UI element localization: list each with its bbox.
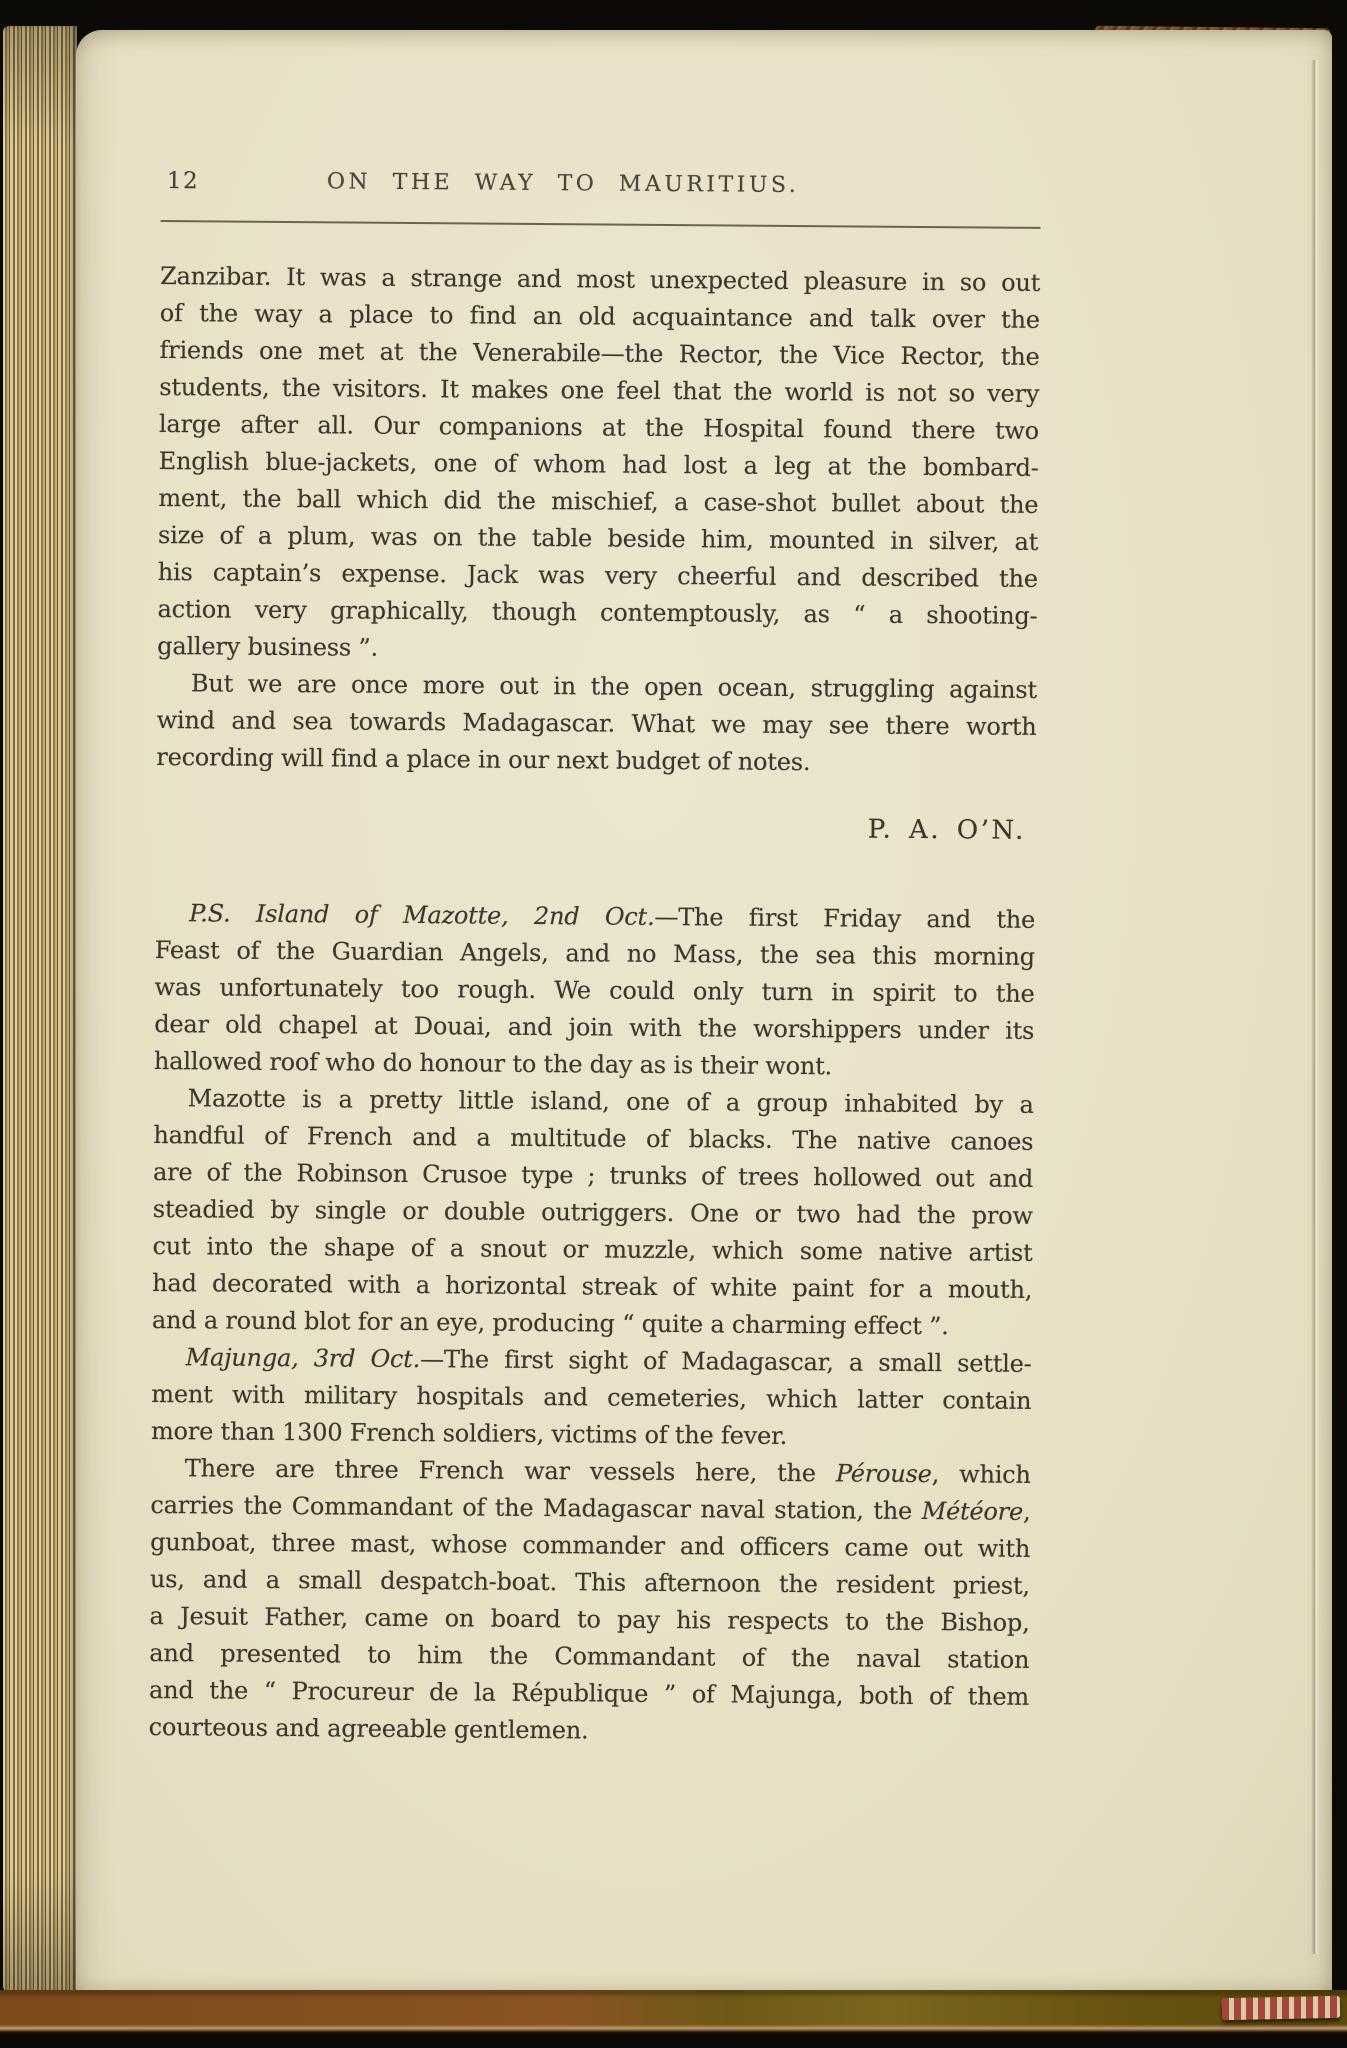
text-segment: and presented to him the Commandant of t… bbox=[149, 1639, 1029, 1674]
cover-bottom-edge bbox=[0, 1990, 1347, 2038]
backdrop-bottom bbox=[0, 2034, 1347, 2048]
italic-text: Météore bbox=[922, 1497, 1024, 1526]
text-segment: Mazotte is a pretty little island, one o… bbox=[188, 1084, 1034, 1119]
text-segment: , which bbox=[932, 1460, 1031, 1489]
text-segment: are of the Robinson Crusoe type ; trunks… bbox=[153, 1158, 1033, 1193]
text-segment: P. A. O’N. bbox=[868, 815, 1026, 846]
text-segment: gallery business ”. bbox=[157, 632, 378, 662]
text-line: P. A. O’N. bbox=[156, 806, 1036, 850]
text-segment: —The first sight of Madagascar, a small … bbox=[420, 1345, 1032, 1378]
text-segment: size of a plum, was on the table beside … bbox=[158, 521, 1038, 556]
header-rule bbox=[161, 220, 1041, 229]
text-segment: —The first Friday and the bbox=[654, 903, 1035, 934]
paragraph-open-ocean: But we are once more out in the open oce… bbox=[156, 665, 1037, 783]
paragraph-zanzibar: Zanzibar. It was a strange and most unex… bbox=[157, 258, 1040, 672]
text-segment: action very graphically, though contempt… bbox=[157, 595, 1037, 630]
text-segment: us, and a small despatch-boat. This afte… bbox=[150, 1565, 1030, 1600]
text-segment: There are three French war vessels here,… bbox=[185, 1454, 836, 1487]
text-block: 12 ON THE WAY TO MAURITIUS. Zanzibar. It… bbox=[149, 166, 1041, 1753]
text-segment: large after all. Our companions at the H… bbox=[159, 410, 1039, 445]
text-segment: wind and sea towards Madagascar. What we… bbox=[157, 706, 1037, 741]
text-line: recording will find a place in our next … bbox=[156, 739, 1036, 783]
text-segment: ment, the ball which did the mischief, a… bbox=[158, 484, 1038, 519]
text-segment: hallowed roof who do honour to the day a… bbox=[154, 1047, 832, 1080]
text-segment: more than 1300 French soldiers, victims … bbox=[151, 1417, 787, 1450]
text-segment: cut into the shape of a snout or muzzle,… bbox=[152, 1232, 1032, 1267]
text-segment: Feast of the Guardian Angels, and no Mas… bbox=[155, 936, 1035, 971]
italic-text: P.S. Island of Mazotte, 2nd Oct. bbox=[189, 899, 655, 931]
text-segment: of the way a place to find an old acquai… bbox=[160, 299, 1040, 334]
italic-text: Majunga, 3rd Oct. bbox=[186, 1343, 421, 1373]
text-segment: dear old chapel at Douai, and join with … bbox=[154, 1010, 1034, 1045]
paragraph-war-vessels: There are three French war vessels here,… bbox=[149, 1450, 1031, 1753]
text-segment: recording will find a place in our next … bbox=[156, 743, 810, 776]
text-segment: gunboat, three mast, whose commander and… bbox=[150, 1528, 1030, 1563]
endband-red bbox=[1222, 1996, 1340, 2020]
text-segment: steadied by single or double outriggers.… bbox=[153, 1195, 1033, 1230]
text-body: Zanzibar. It was a strange and most unex… bbox=[149, 258, 1041, 1753]
book-photo: 12 ON THE WAY TO MAURITIUS. Zanzibar. It… bbox=[0, 0, 1347, 2048]
text-segment: Zanzibar. It was a strange and most unex… bbox=[160, 262, 1040, 297]
page-header: 12 ON THE WAY TO MAURITIUS. bbox=[161, 166, 1041, 203]
text-segment: English blue-jackets, one of whom had lo… bbox=[159, 447, 1039, 482]
paragraph-signature: P. A. O’N. bbox=[156, 806, 1036, 850]
text-segment: carries the Commandant of the Madagascar… bbox=[150, 1491, 921, 1525]
text-segment: courteous and agreeable gentlemen. bbox=[149, 1713, 589, 1744]
text-segment: friends one met at the Venerabile—the Re… bbox=[159, 336, 1039, 371]
text-segment: a Jesuit Father, came on board to pay hi… bbox=[150, 1602, 1030, 1637]
text-line: courteous and agreeable gentlemen. bbox=[149, 1709, 1029, 1753]
text-segment: had decorated with a horizontal streak o… bbox=[152, 1269, 1032, 1304]
page-number: 12 bbox=[167, 166, 200, 196]
text-segment: , bbox=[1023, 1498, 1031, 1526]
italic-text: Pérouse bbox=[836, 1459, 932, 1488]
text-segment: But we are once more out in the open oce… bbox=[191, 669, 1037, 704]
text-segment: students, the visitors. It makes one fee… bbox=[159, 373, 1039, 408]
text-segment: was unfortunately too rough. We could on… bbox=[154, 973, 1034, 1008]
text-segment: ment with military hospitals and cemeter… bbox=[151, 1380, 1031, 1415]
text-segment: and the “ Procureur de la République ” o… bbox=[149, 1676, 1029, 1711]
page-edges bbox=[3, 26, 77, 1992]
running-title: ON THE WAY TO MAURITIUS. bbox=[327, 167, 800, 201]
text-segment: and a round blot for an eye, producing “… bbox=[152, 1306, 949, 1340]
paragraph-mazotte-island: Mazotte is a pretty little island, one o… bbox=[152, 1080, 1034, 1346]
paragraph-ps-mazotte: P.S. Island of Mazotte, 2nd Oct.—The fir… bbox=[154, 895, 1035, 1087]
paragraph-majunga: Majunga, 3rd Oct.—The first sight of Mad… bbox=[151, 1339, 1032, 1457]
page-crease bbox=[1311, 60, 1319, 1954]
text-segment: his captain’s expense. Jack was very che… bbox=[158, 558, 1038, 593]
text-segment: handful of French and a multitude of bla… bbox=[153, 1121, 1033, 1156]
